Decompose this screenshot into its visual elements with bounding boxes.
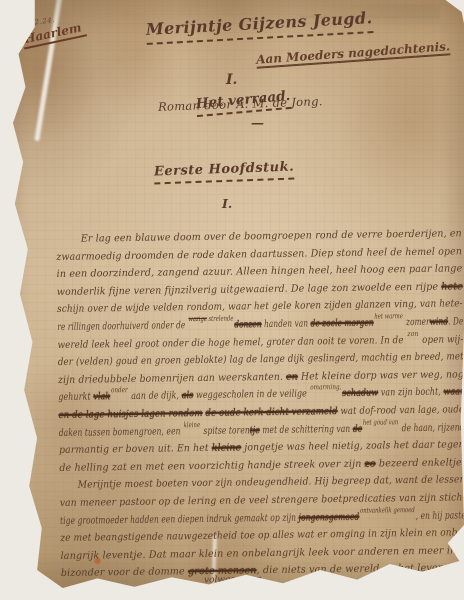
paragraph: Er lag een blauwe doom over de boomgroep… (56, 225, 464, 477)
struck-text: vlak (93, 392, 110, 403)
handwritten-text: spitse toren (201, 425, 250, 437)
inserted-text: onder (111, 385, 128, 394)
byline: Roman door A. M. de Jong. (158, 94, 323, 114)
handwritten-text: gehurkt (58, 392, 93, 403)
section-divider-dash: — (251, 116, 264, 131)
struck-text: en de lage huisjes lagen rondom (58, 408, 202, 421)
handwritten-text: Merijntje moest boeten voor zijn ondeuge… (78, 475, 464, 491)
handwritten-text: ze met beangstigende nauwgezetheid toe o… (60, 527, 464, 544)
handwritten-text: met de schittering van (260, 423, 353, 435)
struck-text: en (286, 371, 298, 382)
handwritten-text: de helling zat en met een voorzichtig ha… (59, 458, 364, 473)
insert-below-word: volwassenen (204, 574, 262, 585)
struck-text: de zoele morgen (311, 318, 374, 330)
inserted-text: het goud van (363, 417, 399, 426)
handwritten-text: Het kleine dorp was ver weg, nog (298, 369, 464, 382)
struck-text: wind (430, 317, 449, 328)
handwritten-text: bezeerd enkeltje. (376, 457, 464, 469)
dedication: Aan Moeders nagedachtenis. (256, 39, 451, 69)
handwritten-text: re rillingen doorhuiverd onder de (57, 320, 188, 333)
manuscript-title: Merijntje Gijzens Jeugd. (146, 8, 374, 45)
handwritten-text: langrijk leventje. Dat maar klein en onb… (60, 545, 464, 562)
handwritten-text: de haan, rijzend (399, 422, 464, 434)
handwritten-text: Er lag een blauwe doom over de boomgroep… (81, 228, 462, 244)
inserted-text: omarming, (310, 382, 341, 391)
handwritten-text: zwaarmoedig droomden de rode daken daart… (56, 246, 462, 263)
struck-text: jongensgemoed (299, 511, 360, 523)
inserted-text: strelende (208, 313, 233, 322)
handwritten-text: wonderlik fijne veren fijnzilverig uitge… (57, 281, 442, 297)
inserted-text: het warme (374, 311, 403, 320)
handwritten-text: aan de dijk, (129, 391, 182, 403)
struck-text: kleine (212, 443, 242, 454)
handwritten-text: wat dof-rood van lage, oude (338, 404, 464, 417)
chapter-number: I. (222, 196, 232, 211)
struck-text: waar (443, 387, 464, 398)
handwritten-text: zomer (404, 317, 430, 328)
manuscript-body: Er lag een blauwe doom over de boomgroep… (56, 225, 464, 583)
chapter-heading: Eerste Hoofdstuk. (154, 160, 295, 185)
handwritten-text: . De (448, 316, 463, 327)
struck-text: wazige (188, 314, 207, 323)
struck-text: donzen (234, 319, 261, 330)
manuscript-paper: 16.2.24. Haarlem Merijntje Gijzens Jeugd… (0, 0, 464, 600)
handwritten-text: weggescholen in de veilige (193, 389, 309, 402)
paragraph: Merijntje moest boeten voor zijn ondeuge… (59, 472, 464, 583)
page-number: 11 (8, 556, 31, 576)
handwritten-text: , die niets van de wereld en het leven v… (256, 563, 464, 577)
struck-text: schaduw (342, 388, 378, 400)
struck-text: hete (441, 281, 463, 292)
handwritten-text: bizonder voor de domme (61, 566, 188, 579)
handwritten-text: jongetje was heel nietig, zoals het daar… (241, 439, 464, 453)
handwritten-text: handen van (262, 318, 311, 330)
handwritten-text: der (velden) goud en groen geblokte) lag… (58, 351, 464, 368)
inserted-text: kleine (184, 420, 201, 429)
inserted-text: ontvankelik gemoed (360, 505, 415, 515)
struck-text: als (182, 390, 194, 401)
handwritten-text: daken tussen bomengroen, een (59, 426, 183, 439)
handwritten-text: open wij- (419, 334, 463, 346)
handwritten-text: zijn driedubbele bomenrijen aan weerskan… (58, 372, 286, 386)
handwritten-text: in een doorzinderd, zangend azuur. Allee… (57, 264, 463, 281)
struck-text: zo (365, 458, 376, 469)
handwritten-text: parmantig er boven uit. En het (59, 443, 212, 456)
handwritten-text: tige grootmoeder hadden een diepen indru… (60, 512, 299, 526)
handwritten-text: van zijn bocht, (378, 387, 444, 399)
part-number: I. (226, 72, 237, 88)
handwritten-text: , en hij paste (416, 510, 464, 522)
handwritten-text: wereld leek heel groot onder die hoge he… (58, 335, 407, 351)
struck-text: de (353, 423, 363, 434)
struck-text: tje (250, 425, 260, 436)
inserted-text: zon (407, 329, 418, 338)
struck-text: de oude kerk dicht verzameld (205, 406, 337, 419)
